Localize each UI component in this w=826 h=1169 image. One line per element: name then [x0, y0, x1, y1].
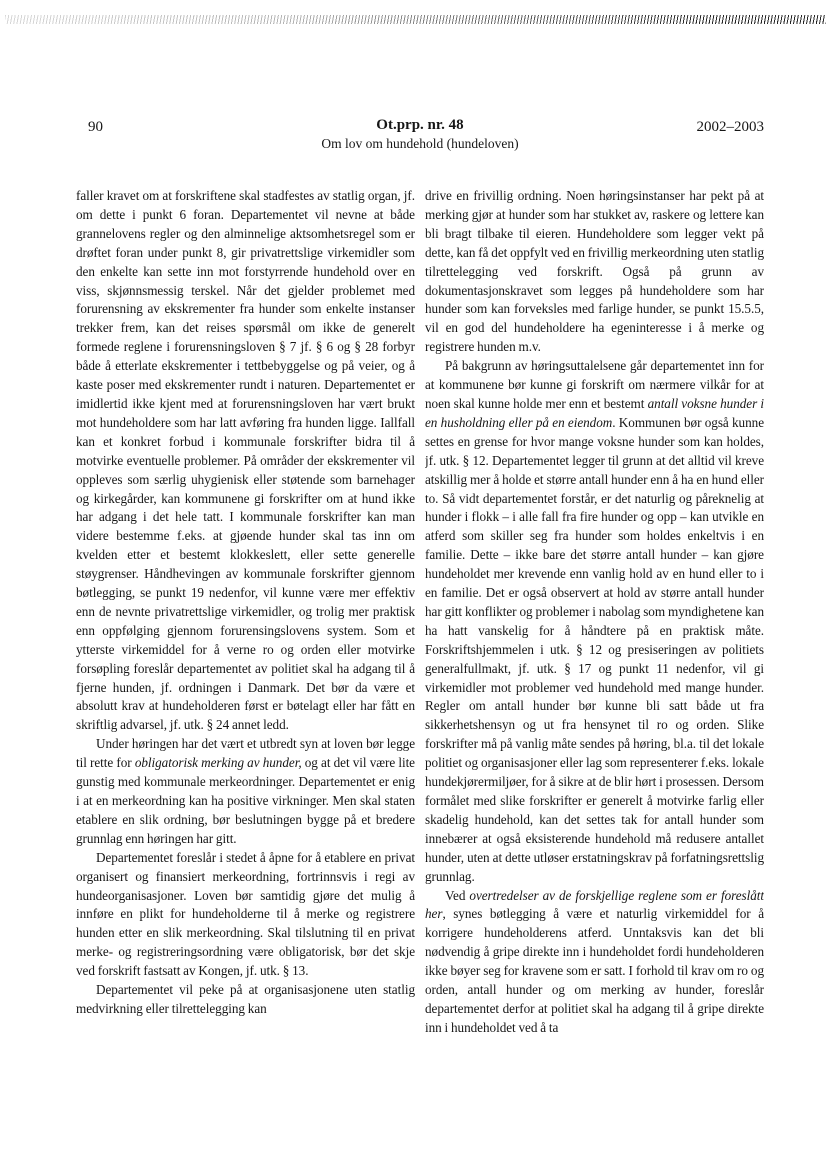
scan-artifact-line [5, 15, 826, 24]
document-title: Ot.prp. nr. 48 [76, 117, 764, 134]
paragraph: Departementet foreslår i stedet å åpne f… [76, 849, 415, 981]
header-year: 2002–2003 [697, 119, 765, 136]
paragraph: Under høringen har det vært et utbredt s… [76, 735, 415, 848]
left-column: faller kravet om at forskriftene skal st… [76, 187, 415, 1159]
paragraph: drive en frivillig ordning. Noen hørings… [425, 187, 764, 357]
page-header: Ot.prp. nr. 48 Om lov om hundehold (hund… [76, 117, 764, 152]
document-page: 90 Ot.prp. nr. 48 Om lov om hundehold (h… [0, 0, 826, 1169]
paragraph: Ved overtredelser av de forskjellige reg… [425, 887, 764, 1038]
paragraph: Departementet vil peke på at organisasjo… [76, 981, 415, 1019]
paragraph: faller kravet om at forskriftene skal st… [76, 187, 415, 735]
italic-phrase: antall voksne hunder i en husholdning el… [425, 396, 764, 430]
paragraph: På bakgrunn av høringsuttalelsene går de… [425, 357, 764, 886]
document-subtitle: Om lov om hundehold (hundeloven) [76, 136, 764, 152]
right-column: drive en frivillig ordning. Noen hørings… [425, 187, 764, 1159]
italic-phrase: obligatorisk merking av hunder, [135, 755, 302, 770]
italic-phrase: overtredelser av de forskjellige reglene… [425, 888, 764, 922]
